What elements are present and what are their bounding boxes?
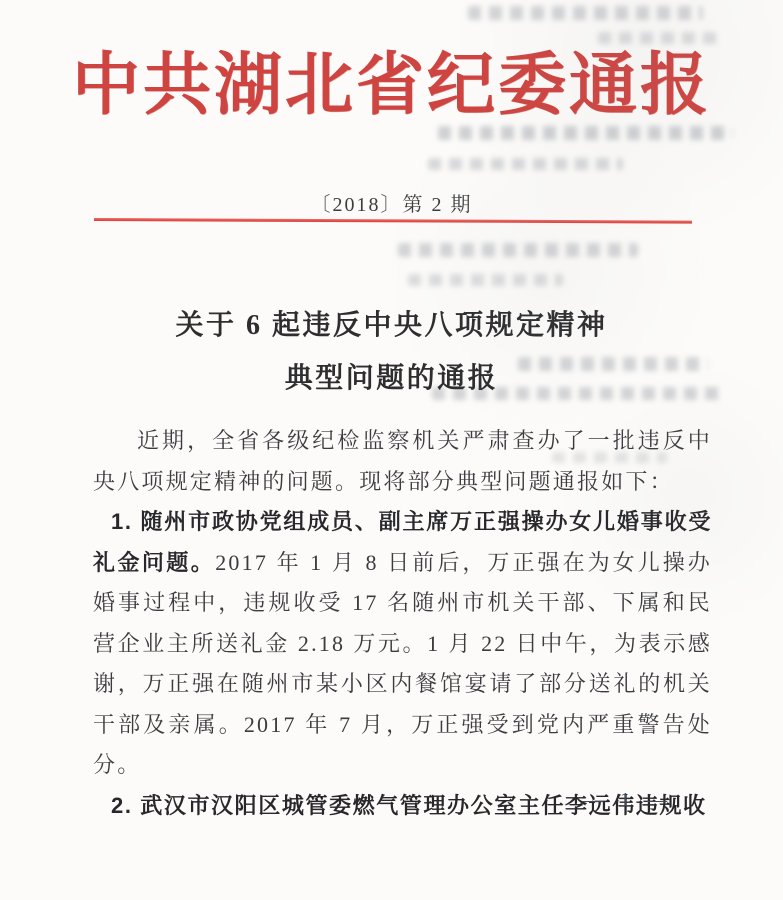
heading-line-1: 关于 6 起违反中央八项规定精神 — [0, 299, 783, 352]
page-number: — 1 — — [583, 789, 673, 812]
bleedthrough-artifact — [438, 126, 733, 140]
bleedthrough-artifact — [428, 158, 623, 170]
bleedthrough-artifact — [598, 32, 723, 44]
case-1-text: 2017 年 1 月 8 日前后，万正强在为女儿操办婚事过程中，违规收受 17 … — [93, 550, 712, 778]
scanned-document-page: 中共湖北省纪委通报 〔2018〕第 2 期 关于 6 起违反中央八项规定精神 典… — [0, 0, 783, 900]
issue-number: 〔2018〕第 2 期 — [0, 188, 783, 217]
bleedthrough-artifact — [408, 274, 563, 286]
bleedthrough-artifact — [398, 243, 638, 257]
document-heading: 关于 6 起违反中央八项规定精神 典型问题的通报 — [0, 299, 783, 405]
heading-line-2: 典型问题的通报 — [0, 352, 783, 405]
case-item-1: 1. 随州市政协党组成员、副主席万正强操办女儿婚事收受礼金问题。2017 年 1… — [93, 502, 712, 786]
masthead-title: 中共湖北省纪委通报 — [0, 50, 783, 120]
intro-paragraph: 近期，全省各级纪检监察机关严肃查办了一批违反中央八项规定精神的问题。现将部分典型… — [93, 421, 712, 502]
document-body: 近期，全省各级纪检监察机关严肃查办了一批违反中央八项规定精神的问题。现将部分典型… — [93, 421, 712, 826]
masthead-rule — [94, 218, 692, 224]
bleedthrough-artifact — [468, 6, 703, 20]
